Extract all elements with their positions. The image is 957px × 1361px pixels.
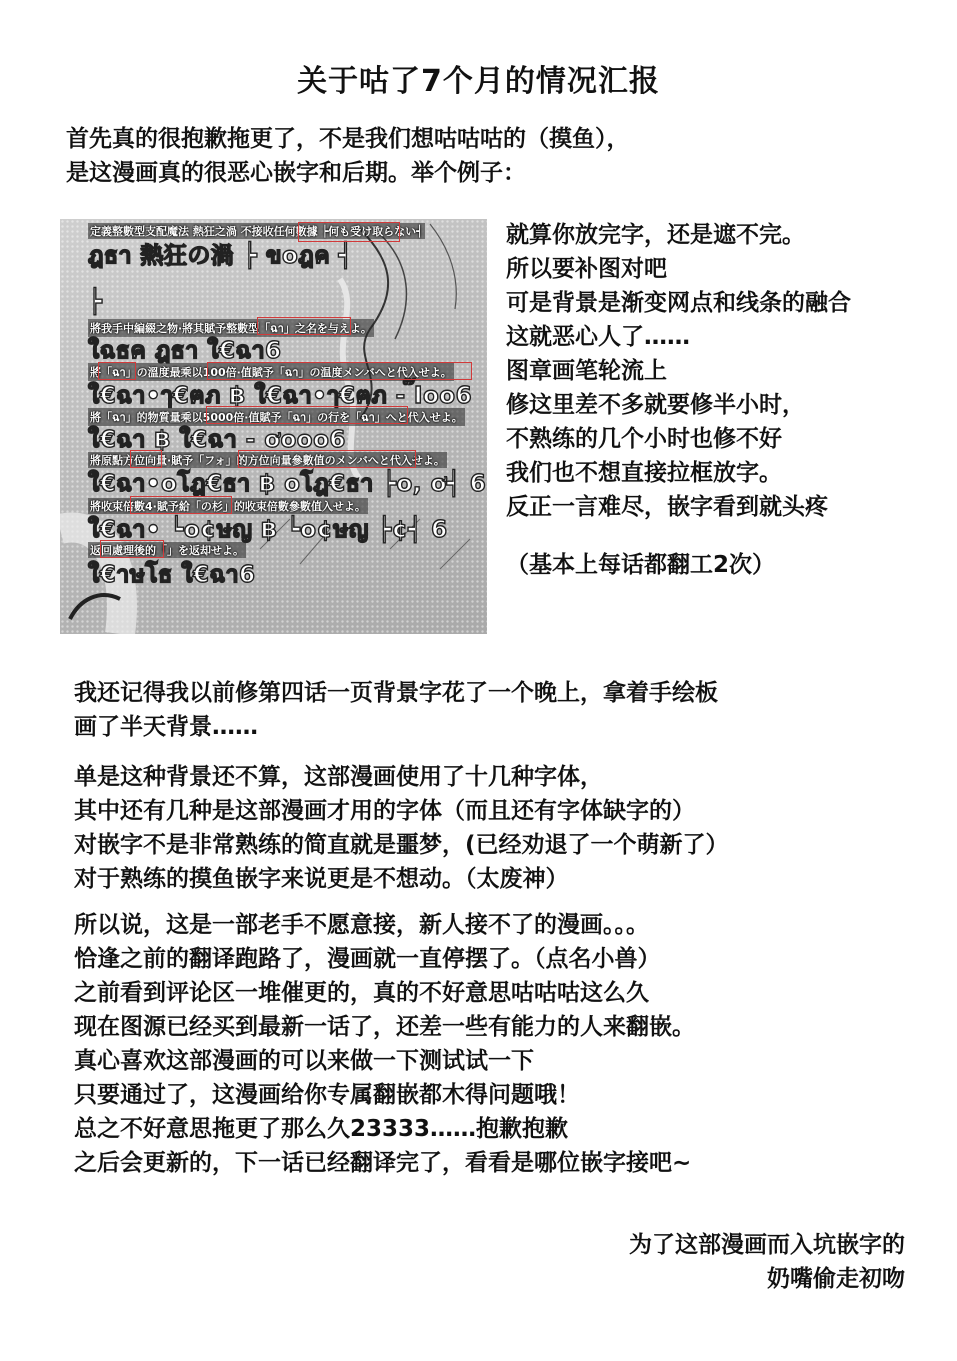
correction-box (257, 317, 351, 335)
side-line: 反正一言难尽，嵌字看到就头疼 (506, 490, 851, 524)
paragraph-recruitment: 所以说，这是一部老手不愿意接，新人接不了的漫画。。。 恰逢之前的翻译跑路了，漫画… (74, 908, 695, 1180)
correction-box (206, 406, 408, 424)
paragraph-fonts: 单是这种背景还不算，这部漫画使用了十几种字体， 其中还有几种是这部漫画才用的字体… (74, 760, 729, 896)
intro-line: 是这漫画真的很恶心嵌字和后期。举个例子： (66, 156, 630, 190)
side-line: 所以要补图对吧 (506, 252, 851, 286)
paragraph-line: 对嵌字不是非常熟练的简直就是噩梦，(已经劝退了一个萌新了） (74, 828, 729, 862)
correction-box (130, 496, 232, 514)
correction-box (98, 362, 136, 380)
side-explanation: 就算你放完字，还是遮不完。 所以要补图对吧 可是背景是渐变网点和线条的融合 这就… (506, 218, 851, 524)
intro-paragraph: 首先真的很抱歉拖更了，不是我们想咕咕咕的（摸鱼）， 是这漫画真的很恶心嵌字和后期… (66, 122, 630, 190)
side-line: 不熟练的几个小时也修不好 (506, 422, 851, 456)
panel-text-line: ฎธา 熱狂の渦 ┝ ขoฎค ┥ (88, 237, 353, 274)
correction-box (100, 540, 164, 558)
correction-box (207, 362, 472, 380)
side-line: 修这里差不多就要修半小时， (506, 388, 851, 422)
page-title: 关于咕了7个月的情况汇报 (0, 56, 957, 100)
paragraph-line: 我还记得我以前修第四话一页背景字花了一个晚上，拿着手绘板 (74, 676, 718, 710)
paragraph-line: 画了半天背景…… (74, 710, 718, 744)
side-line: 这就恶心人了…… (506, 320, 851, 354)
side-line: 我们也不想直接拉框放字。 (506, 456, 851, 490)
side-line: 图章画笔轮流上 (506, 354, 851, 388)
example-manga-panel: 定義整數型支配魔法 熱狂之渦 不接收任何數據 ┝何も受け取らない┥ ฎธา 熱狂… (60, 219, 487, 634)
paragraph-line: 现在图源已经买到最新一话了，还差一些有能力的人来翻嵌。 (74, 1010, 695, 1044)
paragraph-line: 其中还有几种是这部漫画才用的字体（而且还有字体缺字的） (74, 794, 729, 828)
paragraph-line: 真心喜欢这部漫画的可以来做一下测试试一下 (74, 1044, 695, 1078)
paragraph-memory: 我还记得我以前修第四话一页背景字花了一个晚上，拿着手绘板 画了半天背景…… (74, 676, 718, 744)
paragraph-line: 之前看到评论区一堆催更的，真的不好意思咕咕咕这么久 (74, 976, 695, 1010)
paragraph-line: 对于熟练的摸鱼嵌字来说更是不想动。（太废神） (74, 862, 729, 896)
intro-line: 首先真的很抱歉拖更了，不是我们想咕咕咕的（摸鱼）， (66, 122, 630, 156)
paragraph-line: 恰逢之前的翻译跑路了，漫画就一直停摆了。（点名小兽） (74, 942, 695, 976)
signature-author: 奶嘴偷走初吻 (629, 1262, 905, 1296)
paragraph-line: 之后会更新的，下一话已经翻译完了，看看是哪位嵌字接吧~ (74, 1146, 695, 1180)
correction-box (130, 450, 162, 468)
side-note: （基本上每话都翻工2次） (506, 548, 775, 582)
signature: 为了这部漫画而入坑嵌字的 奶嘴偷走初吻 (629, 1228, 905, 1296)
side-line: 可是背景是渐变网点和线条的融合 (506, 286, 851, 320)
correction-box (238, 450, 416, 468)
paragraph-line: 只要通过了，这漫画给你专属翻嵌都木得问题哦！ (74, 1078, 695, 1112)
paragraph-line: 所以说，这是一部老手不愿意接，新人接不了的漫画。。。 (74, 908, 695, 942)
panel-text-line: ใ€าษโธ ใ€ฉา6 (88, 557, 256, 593)
panel-text-line: ┝ (88, 289, 102, 315)
side-line: 就算你放完字，还是遮不完。 (506, 218, 851, 252)
signature-line: 为了这部漫画而入坑嵌字的 (629, 1228, 905, 1262)
paragraph-line: 单是这种背景还不算，这部漫画使用了十几种字体， (74, 760, 729, 794)
correction-box (298, 222, 400, 242)
paragraph-line: 总之不好意思拖更了那么久23333……抱歉抱歉 (74, 1112, 695, 1146)
